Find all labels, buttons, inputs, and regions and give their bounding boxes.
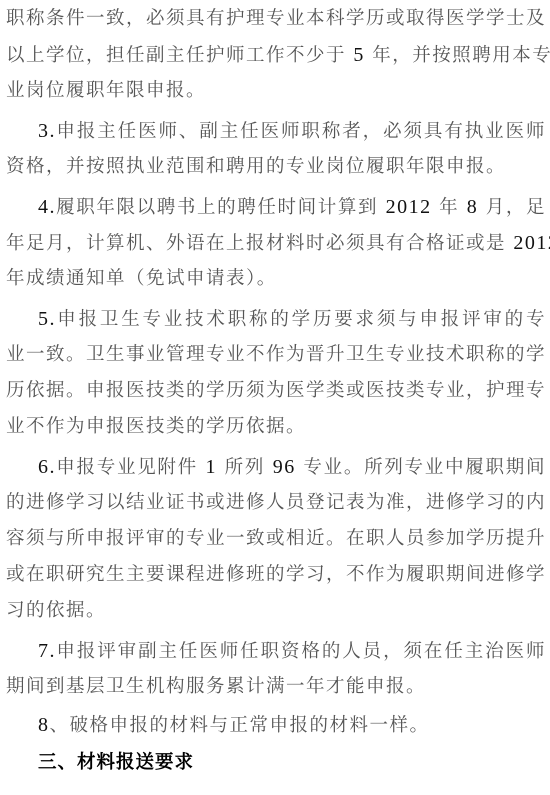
body-text: 以上学位，担任副主任护师工作不少于 [6,45,353,66]
body-text: 申报评审副主任医师任职资格的人员，须在任主治医师 [56,641,546,662]
text-line: 的进修学习以结业证书或进修人员登记表为准，进修学习的内 [6,488,546,518]
text-line: 7.申报评审副主任医师任职资格的人员，须在任主治医师 [38,636,546,666]
body-text: 申报卫生专业技术职称的学历要求须与申报评审的专 [56,309,546,330]
number-text: 1 [206,456,218,478]
number-text: 6. [38,456,56,478]
body-text: 申报主任医师、副主任医师职称者，必须具有执业医师 [56,121,546,142]
body-text: 历依据。申报医技类的学历须为医学类或医技类专业，护理专 [6,380,546,401]
text-line: 容须与所申报评审的专业一致或相近。在职人员参加学历提升 [6,524,546,554]
text-line: 习的依据。 [6,596,546,626]
body-text: 业岗位履职年限申报。 [6,80,206,101]
body-text: 年足月，计算机、外语在上报材料时必须具有合格证或是 [6,233,513,254]
text-line: 年成绩通知单（免试申请表）。 [6,264,546,294]
text-line: 3.申报主任医师、副主任医师职称者，必须具有执业医师 [38,116,546,146]
body-text: 履职年限以聘书上的聘任时间计算到 [56,197,386,218]
number-text: 96 [273,456,296,478]
body-text: 月，足 [478,197,546,218]
body-text: 习的依据。 [6,600,106,621]
number-text: 5. [38,308,56,330]
body-text: 业不作为申报医技类的学历依据。 [6,416,306,437]
number-text: 7. [38,640,56,662]
text-line: 年足月，计算机、外语在上报材料时必须具有合格证或是 2012 [6,228,546,258]
body-text: 年，并按照聘用本专 [365,45,550,66]
number-text: 2012 [513,232,550,254]
body-text: 期间到基层卫生机构服务累计满一年才能申报。 [6,676,426,697]
number-text: 8 [467,196,479,218]
text-line: 6.申报专业见附件 1 所列 96 专业。所列专业中履职期间 [38,452,546,482]
number-text: 4. [38,196,56,218]
body-text: 年成绩通知单（免试申请表）。 [6,268,277,289]
body-text: 容须与所申报评审的专业一致或相近。在职人员参加学历提升 [6,528,546,549]
number-text: 2012 [386,196,432,218]
text-line: 业一致。卫生事业管理专业不作为晋升卫生专业技术职称的学 [6,340,546,370]
body-text: 的进修学习以结业证书或进修人员登记表为准，进修学习的内 [6,492,546,513]
body-text: 年 [432,197,467,218]
body-text: 申报专业见附件 [56,457,206,478]
body-text: 、破格申报的材料与正常申报的材料一样。 [50,715,430,736]
text-line: 业不作为申报医技类的学历依据。 [6,412,546,442]
body-text: 或在职研究生主要课程进修班的学习，不作为履职期间进修学 [6,564,546,585]
text-line: 以上学位，担任副主任护师工作不少于 5 年，并按照聘用本专 [6,40,546,70]
body-text: 所列 [217,457,273,478]
body-text: 职称条件一致，必须具有护理专业本科学历或取得医学学士及 [6,8,546,29]
text-line: 期间到基层卫生机构服务累计满一年才能申报。 [6,672,546,702]
text-line: 职称条件一致，必须具有护理专业本科学历或取得医学学士及 [6,4,546,34]
text-line: 或在职研究生主要课程进修班的学习，不作为履职期间进修学 [6,560,546,590]
text-line: 资格，并按照执业范围和聘用的专业岗位履职年限申报。 [6,152,546,182]
body-text: 专业。所列专业中履职期间 [296,457,546,478]
number-text: 8 [38,714,50,736]
text-line: 8、破格申报的材料与正常申报的材料一样。 [38,710,546,740]
text-line: 5.申报卫生专业技术职称的学历要求须与申报评审的专 [38,304,546,334]
text-line: 历依据。申报医技类的学历须为医学类或医技类专业，护理专 [6,376,546,406]
number-text: 5 [353,44,365,66]
text-line: 4.履职年限以聘书上的聘任时间计算到 2012 年 8 月，足 [38,192,546,222]
section-heading: 三、材料报送要求 [38,748,546,778]
number-text: 3. [38,120,56,142]
text-line: 业岗位履职年限申报。 [6,76,546,106]
body-text: 业一致。卫生事业管理专业不作为晋升卫生专业技术职称的学 [6,344,546,365]
body-text: 资格，并按照执业范围和聘用的专业岗位履职年限申报。 [6,156,506,177]
